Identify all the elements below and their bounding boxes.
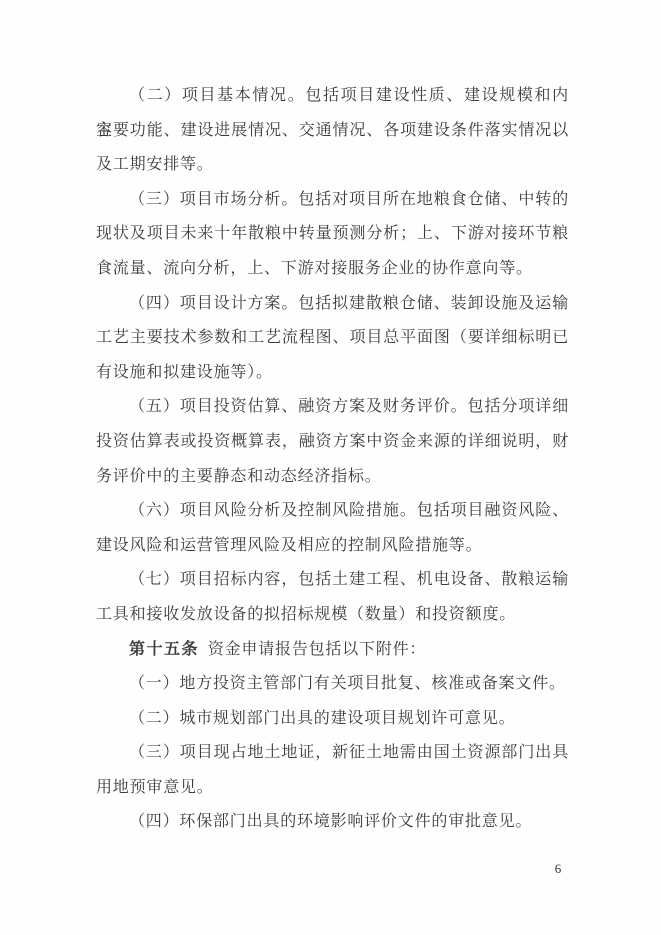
text-line: 投资估算表或投资概算表，融资方案中资金来源的详细说明，财 [96, 425, 569, 460]
paragraph-item-7: （七）项目招标内容，包括土建工程、机电设备、散粮运输 工具和接收发放设备的拟招标… [96, 563, 569, 632]
text-line: （二）项目基本情况。包括项目建设性质、建设规模和内容、 [96, 79, 569, 114]
text-line: （一）地方投资主管部门有关项目批复、核准或备案文件。 [96, 667, 569, 702]
text-line: 第十五条资金申请报告包括以下附件： [96, 633, 569, 668]
article-number: 第十五条 [129, 641, 199, 658]
text-line: （三）项目现占地土地证，新征土地需由国土资源部门出具 [96, 736, 569, 771]
text-line: （二）城市规划部门出具的建设项目规划许可意见。 [96, 702, 569, 737]
text-line: 有设施和拟建设施等）。 [96, 356, 569, 391]
text-line: 建设风险和运营管理风险及相应的控制风险措施等。 [96, 529, 569, 564]
text-line: 主要功能、建设进展情况、交通情况、各项建设条件落实情况以 [96, 114, 569, 149]
text-line: 食流量、流向分析，上、下游对接服务企业的协作意向等。 [96, 252, 569, 287]
attachment-item-1: （一）地方投资主管部门有关项目批复、核准或备案文件。 [96, 667, 569, 702]
text-line: （四）环保部门出具的环境影响评价文件的审批意见。 [96, 805, 569, 840]
paragraph-item-5: （五）项目投资估算、融资方案及财务评价。包括分项详细 投资估算表或投资概算表，融… [96, 390, 569, 494]
page-number: 6 [548, 861, 568, 877]
text-line: 务评价中的主要静态和动态经济指标。 [96, 460, 569, 495]
text-line: （四）项目设计方案。包括拟建散粮仓储、装卸设施及运输 [96, 287, 569, 322]
document-page: （二）项目基本情况。包括项目建设性质、建设规模和内容、 主要功能、建设进展情况、… [0, 0, 661, 935]
text-line: 工具和接收发放设备的拟招标规模（数量）和投资额度。 [96, 598, 569, 633]
text-line: （三）项目市场分析。包括对项目所在地粮食仓储、中转的 [96, 183, 569, 218]
article-text: 资金申请报告包括以下附件： [208, 641, 426, 658]
paragraph-item-4: （四）项目设计方案。包括拟建散粮仓储、装卸设施及运输 工艺主要技术参数和工艺流程… [96, 287, 569, 391]
attachment-item-3: （三）项目现占地土地证，新征土地需由国土资源部门出具 用地预审意见。 [96, 736, 569, 805]
paragraph-item-2: （二）项目基本情况。包括项目建设性质、建设规模和内容、 主要功能、建设进展情况、… [96, 79, 569, 183]
text-line: （六）项目风险分析及控制风险措施。包括项目融资风险、 [96, 494, 569, 529]
paragraph-item-6: （六）项目风险分析及控制风险措施。包括项目融资风险、 建设风险和运营管理风险及相… [96, 494, 569, 563]
attachment-item-4: （四）环保部门出具的环境影响评价文件的审批意见。 [96, 805, 569, 840]
article-15-heading: 第十五条资金申请报告包括以下附件： [96, 633, 569, 668]
text-line: 工艺主要技术参数和工艺流程图、项目总平面图（要详细标明已 [96, 321, 569, 356]
text-line: 用地预审意见。 [96, 771, 569, 806]
text-line: （五）项目投资估算、融资方案及财务评价。包括分项详细 [96, 390, 569, 425]
attachment-item-2: （二）城市规划部门出具的建设项目规划许可意见。 [96, 702, 569, 737]
text-line: 现状及项目未来十年散粮中转量预测分析；上、下游对接环节粮 [96, 217, 569, 252]
text-line: （七）项目招标内容，包括土建工程、机电设备、散粮运输 [96, 563, 569, 598]
paragraph-item-3: （三）项目市场分析。包括对项目所在地粮食仓储、中转的 现状及项目未来十年散粮中转… [96, 183, 569, 287]
document-body: （二）项目基本情况。包括项目建设性质、建设规模和内容、 主要功能、建设进展情况、… [96, 79, 569, 840]
text-line: 及工期安排等。 [96, 148, 569, 183]
